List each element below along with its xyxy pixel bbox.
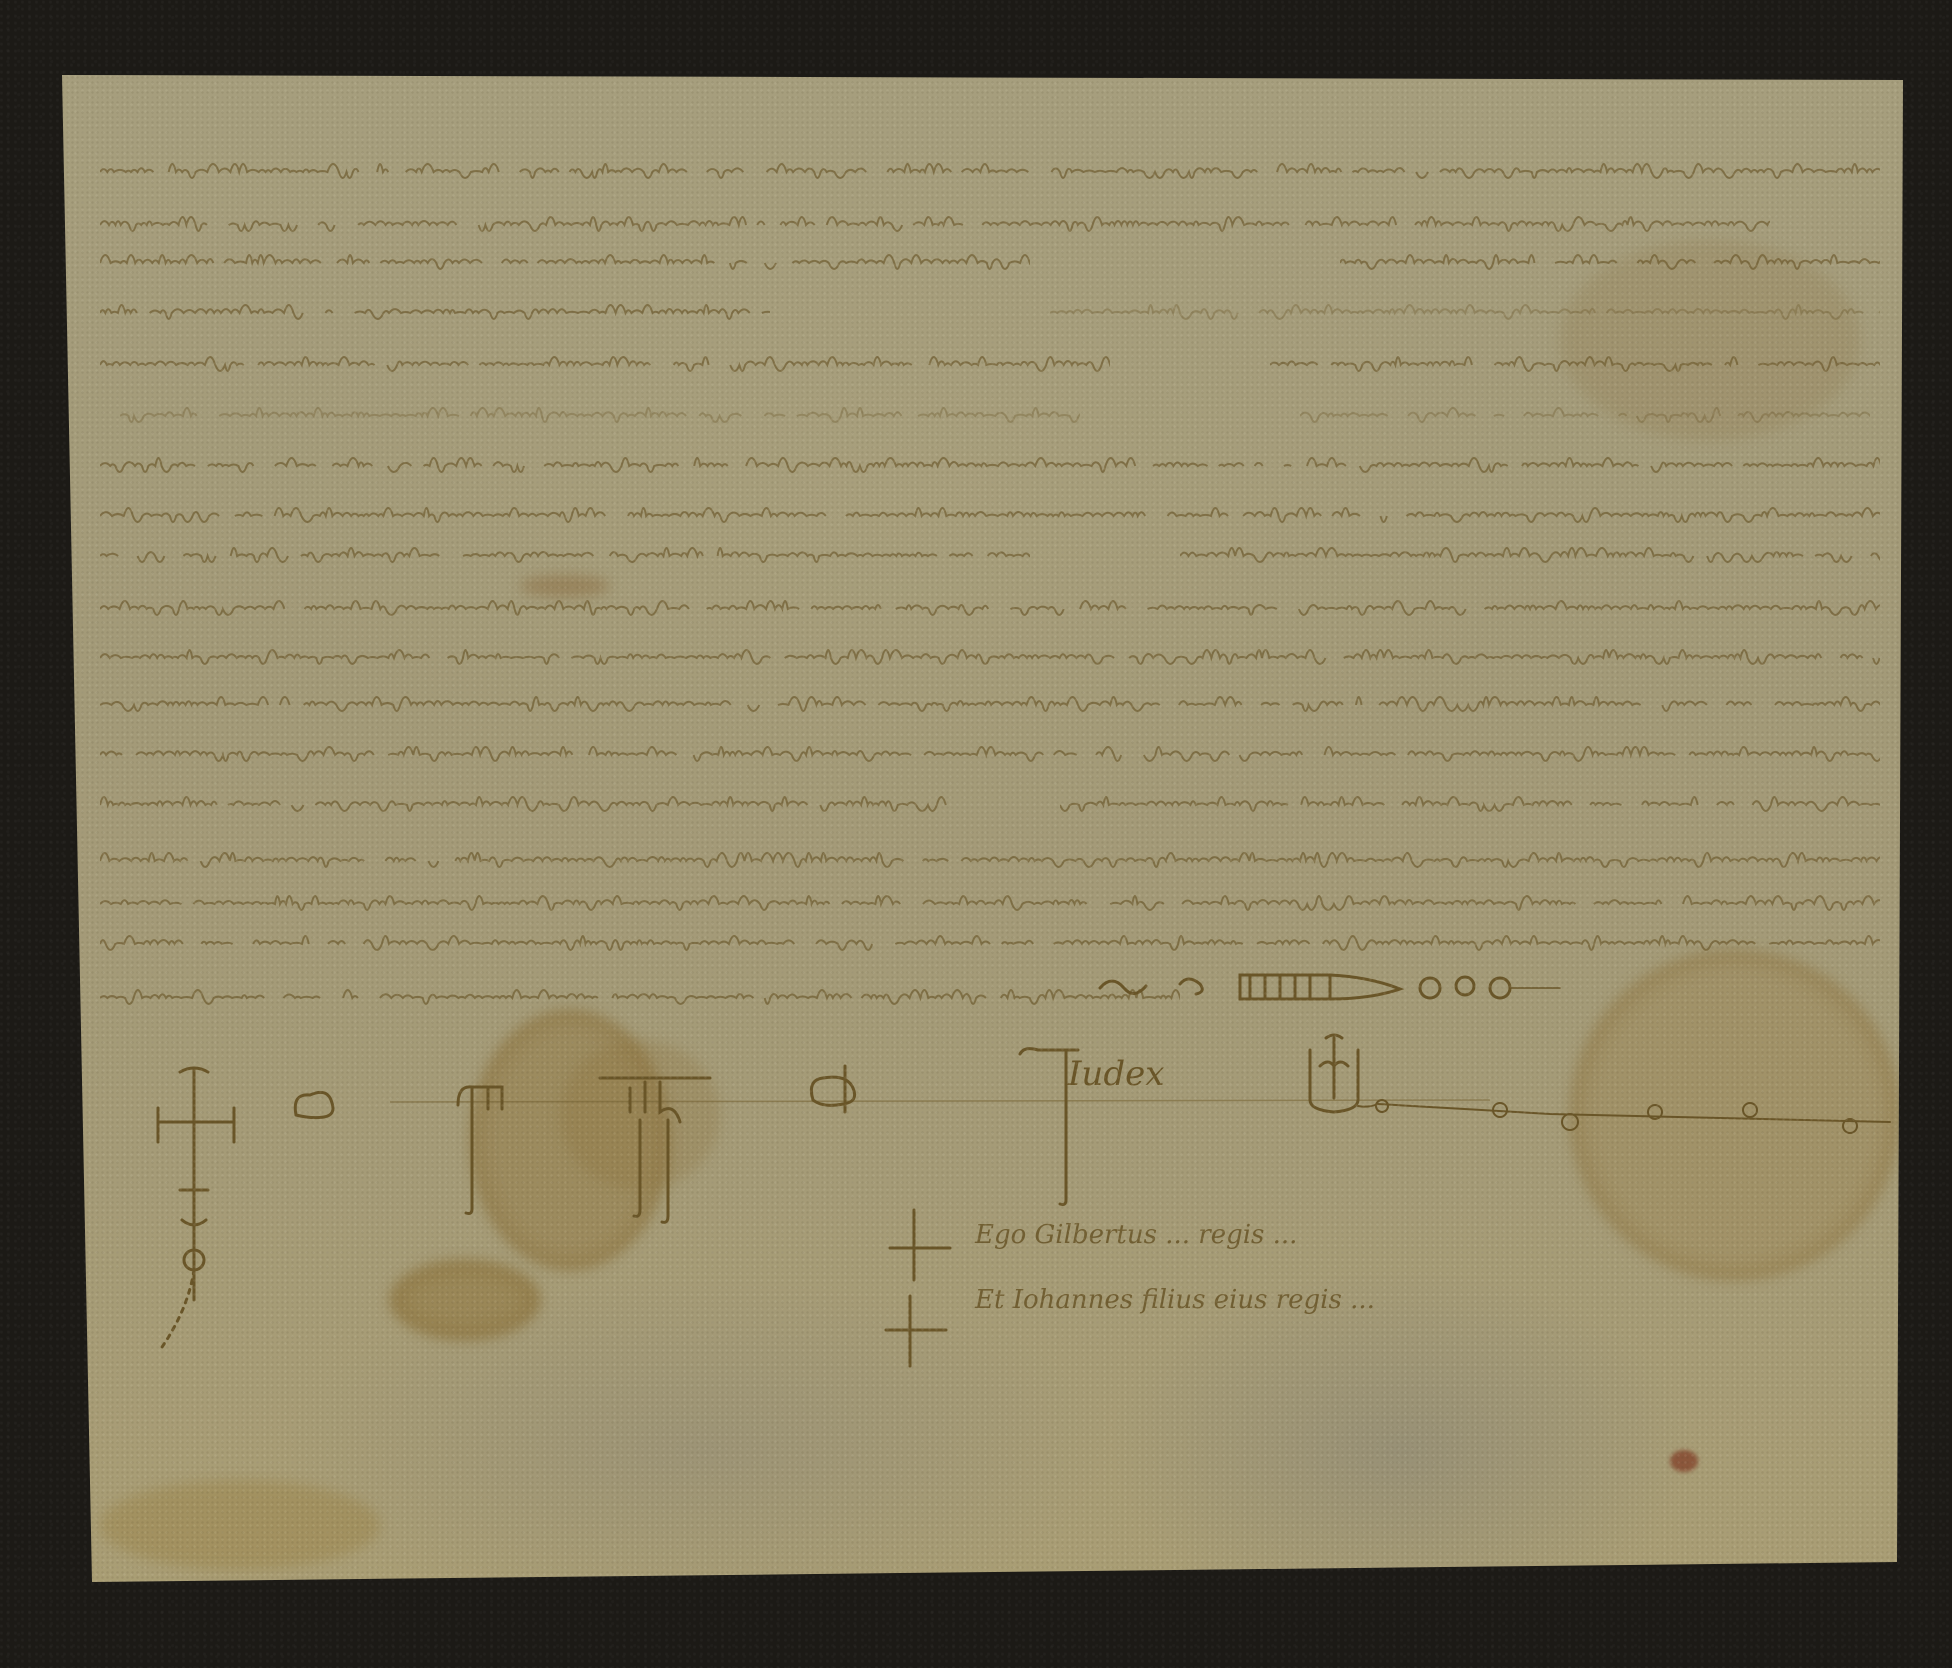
manuscript-line [100, 636, 1880, 670]
manuscript-line [100, 150, 1880, 184]
manuscript-line [100, 783, 950, 817]
water-stain [470, 1010, 670, 1270]
manuscript-line [1180, 534, 1880, 568]
manuscript-line [100, 291, 770, 325]
monogram-4-icon [805, 1060, 875, 1124]
manuscript-line [1300, 394, 1870, 428]
notarial-flourish [1100, 960, 1560, 1014]
manuscript-line [1340, 241, 1880, 275]
cross-signum-icon [150, 1060, 240, 1364]
water-stain [1570, 950, 1900, 1280]
manuscript-line [100, 733, 1880, 767]
manuscript-line [100, 203, 1770, 237]
water-stain [560, 1040, 720, 1190]
manuscript-line [1060, 783, 1880, 817]
signature-ruling [390, 1090, 1890, 1134]
iudex-label: Iudex [1068, 1054, 1164, 1094]
manuscript-line [100, 534, 1030, 568]
parchment-sheet: Iudex Ego Gilbertus ... regi [0, 0, 1952, 1668]
manuscript-line [100, 882, 1880, 916]
ink-blot [1670, 1450, 1698, 1472]
iudex-signature: Iudex [1020, 1040, 1170, 1214]
manuscript-line [100, 976, 1180, 1010]
manuscript-line [100, 343, 1110, 377]
water-stain [390, 1260, 540, 1340]
manuscript-line [100, 839, 1880, 873]
manuscript-line [100, 494, 1880, 528]
witness-cross-icon [880, 1200, 960, 1374]
manuscript-line [120, 394, 1080, 428]
ink-blot [520, 575, 610, 597]
manuscript-line [100, 922, 1880, 956]
document-viewer: Iudex Ego Gilbertus ... regi [0, 0, 1952, 1668]
witness-line-1: Ego Gilbertus ... regis ... [975, 1220, 1297, 1250]
manuscript-line [100, 444, 1880, 478]
notary-monogram-icon [1300, 1030, 1900, 1134]
manuscript-line [100, 587, 1880, 621]
monogram-1-icon [290, 1085, 350, 1129]
bottom-discoloration [100, 1480, 380, 1570]
manuscript-line [1050, 291, 1880, 325]
monogram-3-icon [600, 1060, 710, 1234]
monogram-2-icon [450, 1075, 530, 1229]
manuscript-line [100, 683, 1880, 717]
manuscript-line [1270, 343, 1880, 377]
witness-line-2: Et Iohannes filius eius regis ... [975, 1285, 1375, 1315]
manuscript-line [100, 241, 1030, 275]
water-stain [1560, 240, 1860, 440]
